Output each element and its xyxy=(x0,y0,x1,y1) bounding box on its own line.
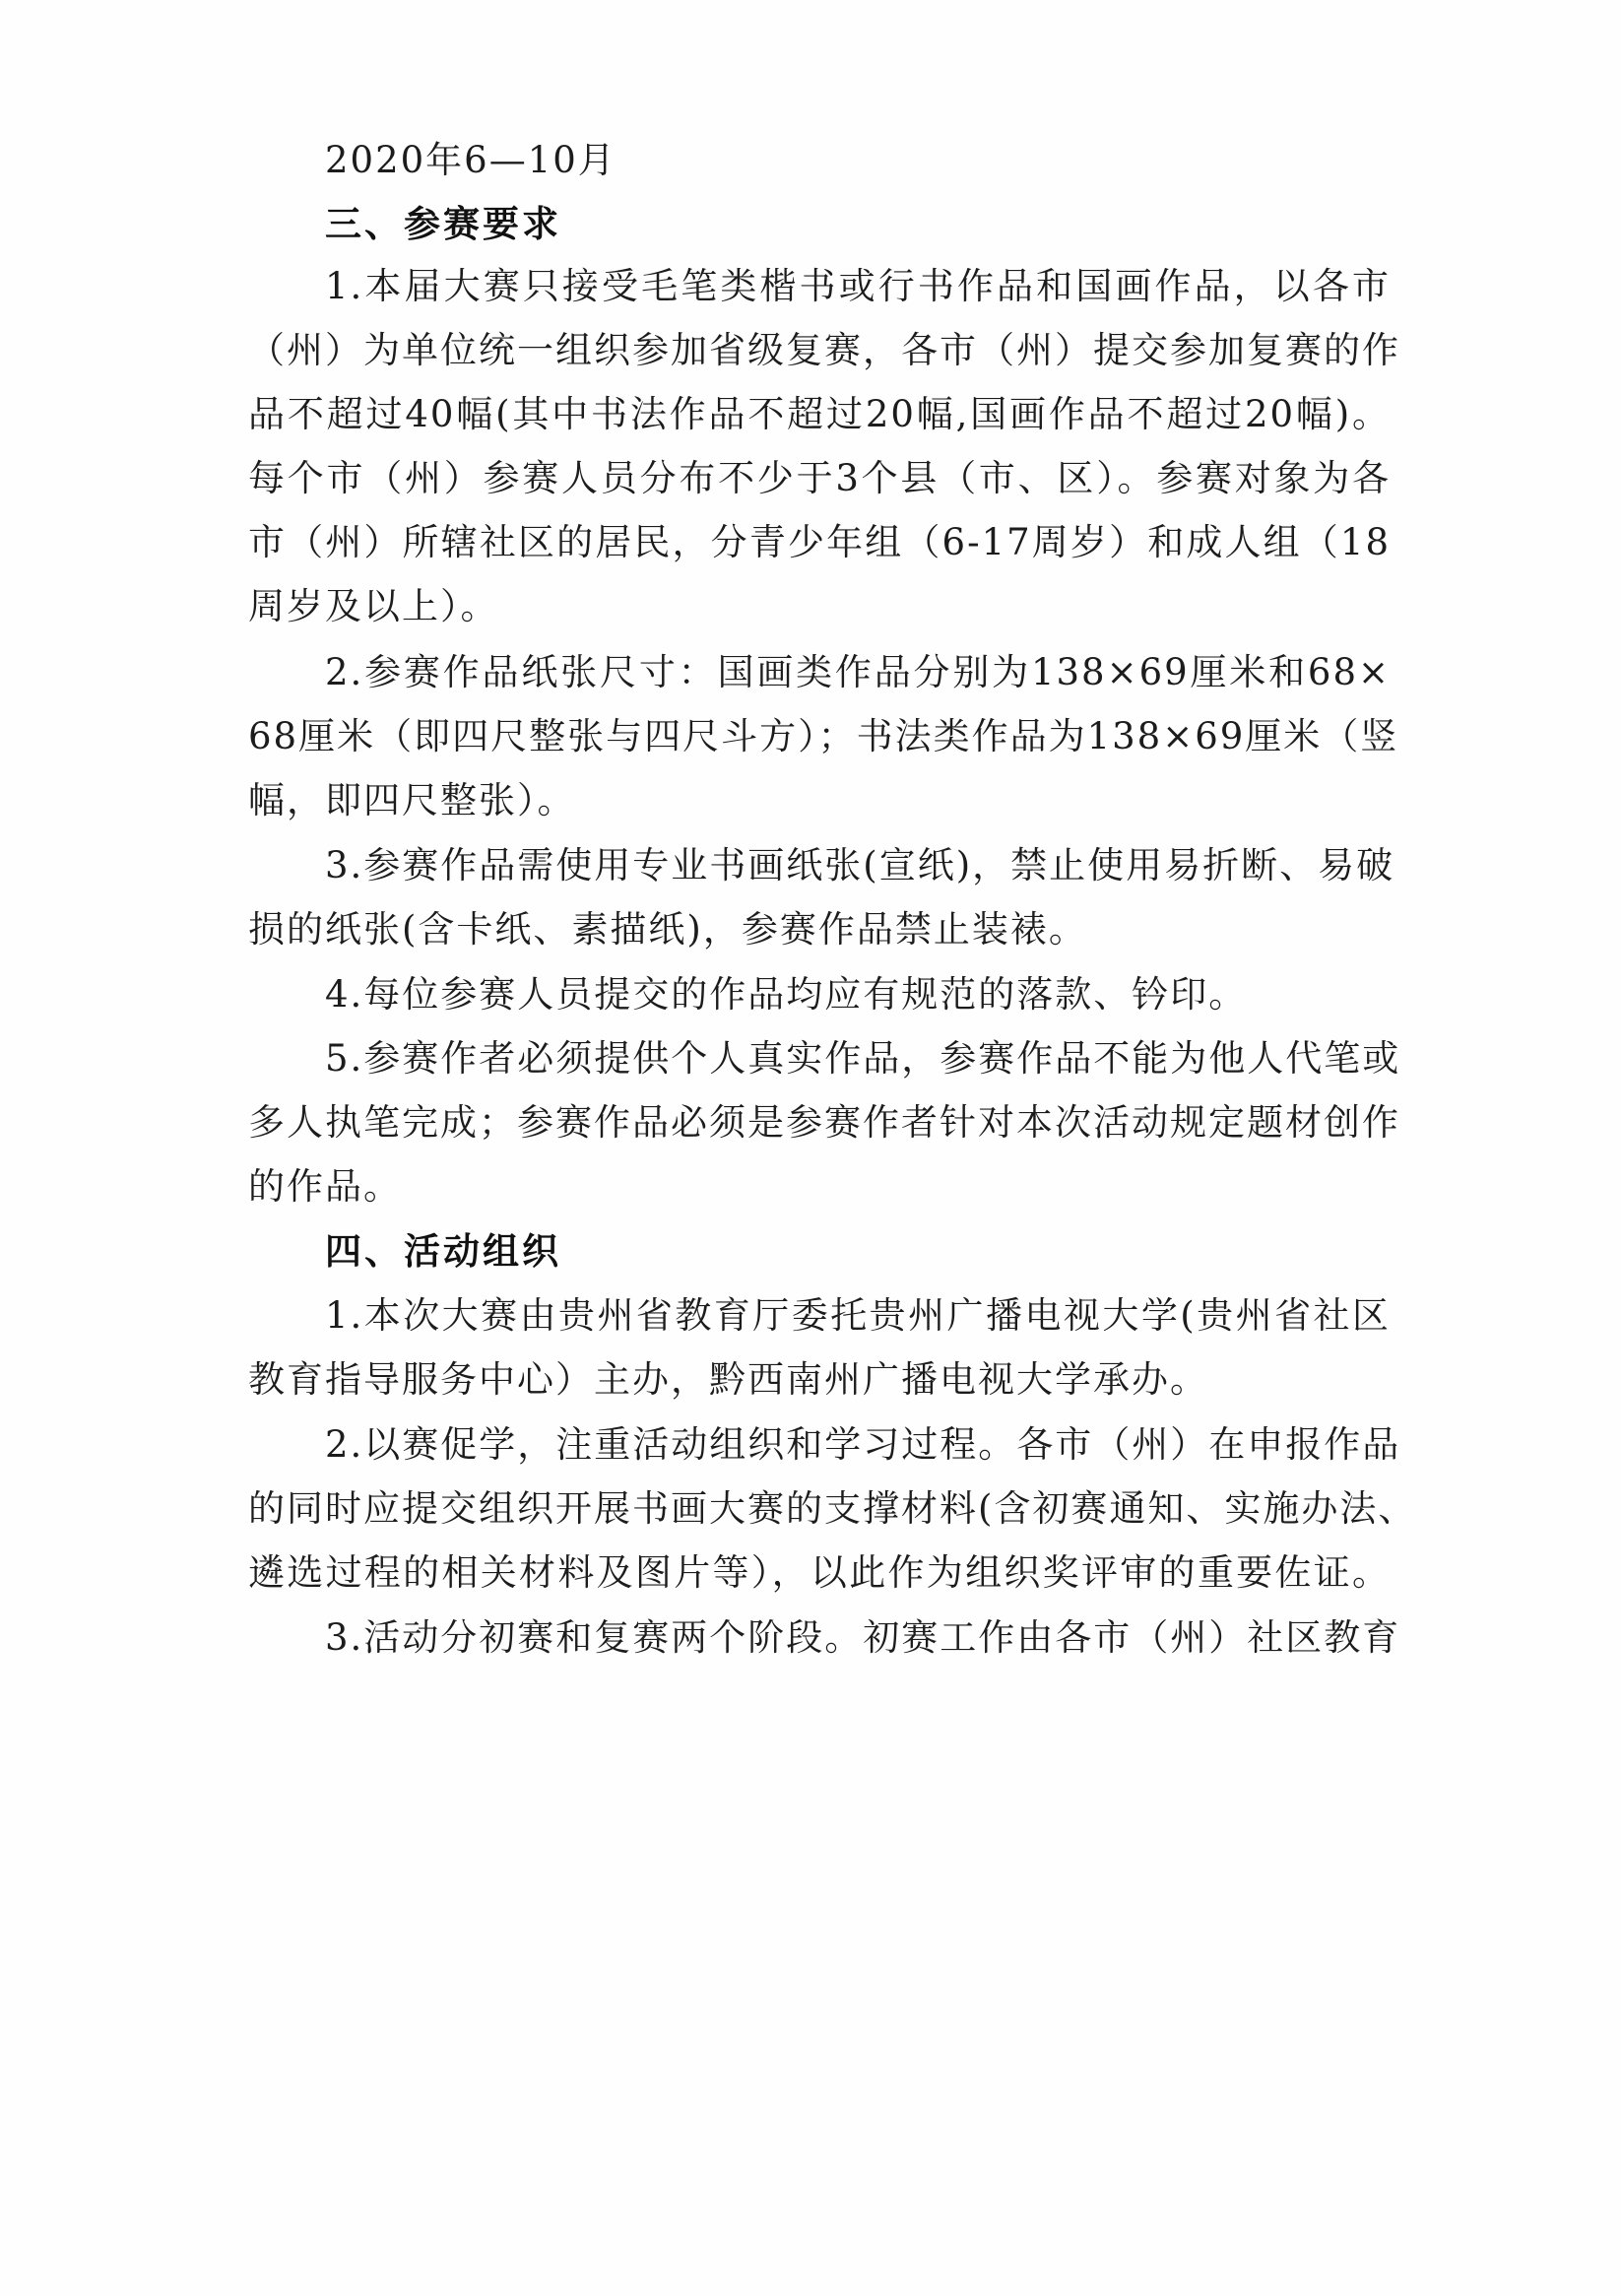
paragraph-line: 1.本次大赛由贵州省教育厅委托贵州广播电视大学(贵州省社区 xyxy=(325,1293,1391,1339)
paragraph-line: 68厘米（即四尺整张与四尺斗方）；书法类作品为138×69厘米（竖 xyxy=(248,714,1391,759)
paragraph-line: 3.参赛作品需使用专业书画纸张(宣纸)，禁止使用易折断、易破 xyxy=(325,843,1391,888)
section-heading-requirements: 三、参赛要求 xyxy=(325,202,1467,247)
paragraph-line: 1.本届大赛只接受毛笔类楷书或行书作品和国画作品，以各市 xyxy=(325,264,1391,309)
paragraph-line: （州）为单位统一组织参加省级复赛，各市（州）提交参加复赛的作 xyxy=(248,328,1391,373)
paragraph-line: 5.参赛作者必须提供个人真实作品，参赛作品不能为他人代笔或 xyxy=(325,1036,1391,1082)
paragraph-line: 损的纸张(含卡纸、素描纸)，参赛作品禁止装裱。 xyxy=(248,907,1391,952)
paragraph-line: 2.参赛作品纸张尺寸：国画类作品分别为138×69厘米和68× xyxy=(325,650,1391,695)
paragraph-line: 的同时应提交组织开展书画大赛的支撑材料(含初赛通知、实施办法、 xyxy=(248,1486,1391,1532)
paragraph-line: 4.每位参赛人员提交的作品均应有规范的落款、钤印。 xyxy=(325,972,1467,1017)
paragraph-line: 的作品。 xyxy=(248,1164,1391,1210)
paragraph-line: 幅，即四尺整张）。 xyxy=(248,778,1391,823)
paragraph-line: 2.以赛促学，注重活动组织和学习过程。各市（州）在申报作品 xyxy=(325,1422,1391,1468)
paragraph-line: 教育指导服务中心）主办，黔西南州广播电视大学承办。 xyxy=(248,1357,1391,1403)
paragraph-line: 市（州）所辖社区的居民，分青少年组（6-17周岁）和成人组（18 xyxy=(248,520,1391,565)
paragraph-line: 品不超过40幅(其中书法作品不超过20幅,国画作品不超过20幅)。 xyxy=(248,392,1391,437)
document-page: 2020年6—10月 三、参赛要求 1.本届大赛只接受毛笔类楷书或行书作品和国画… xyxy=(0,0,1621,2296)
paragraph-line: 3.活动分初赛和复赛两个阶段。初赛工作由各市（州）社区教育 xyxy=(325,1615,1391,1661)
paragraph-line: 周岁及以上）。 xyxy=(248,584,1391,629)
paragraph-line: 遴选过程的相关材料及图片等），以此作为组织奖评审的重要佐证。 xyxy=(248,1550,1391,1596)
paragraph-line: 多人执笔完成；参赛作品必须是参赛作者针对本次活动规定题材创作 xyxy=(248,1100,1391,1146)
section-heading-organization: 四、活动组织 xyxy=(325,1229,1467,1275)
paragraph-line: 每个市（州）参赛人员分布不少于3个县（市、区）。参赛对象为各 xyxy=(248,456,1391,501)
date-line: 2020年6—10月 xyxy=(325,138,1467,183)
